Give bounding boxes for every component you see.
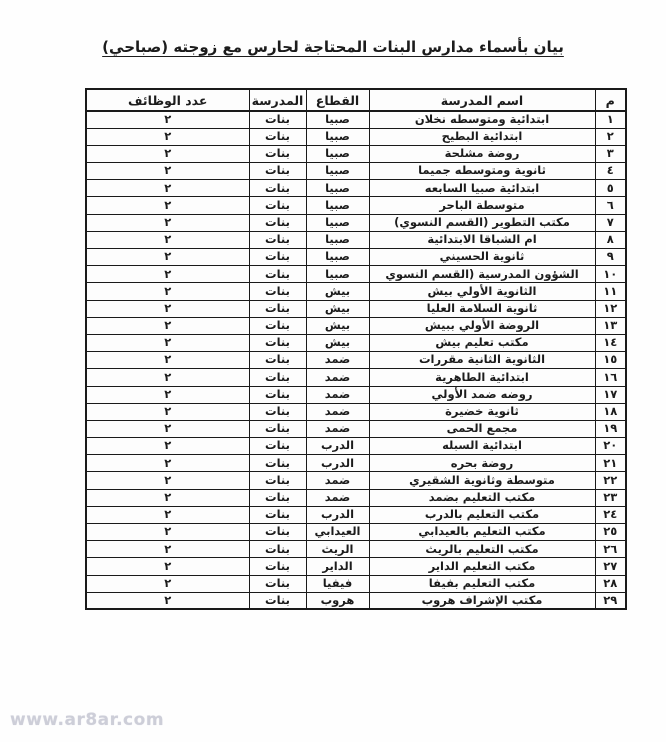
table-row: ١٩مجمع الحمىضمدبنات٢: [86, 420, 626, 437]
school-type-cell: بنات: [249, 197, 306, 214]
school-type-cell: بنات: [249, 283, 306, 300]
school-type-cell: بنات: [249, 214, 306, 231]
jobs-count-cell: ٢: [86, 506, 249, 523]
school-type-cell: بنات: [249, 266, 306, 283]
sector-cell: فيفيا: [306, 575, 369, 592]
sector-cell: صبيا: [306, 266, 369, 283]
school-type-cell: بنات: [249, 145, 306, 162]
table-row: ٢٣مكتب التعليم بضمدضمدبنات٢: [86, 489, 626, 506]
row-number-cell: ٢٢: [595, 472, 626, 489]
school-name-cell: ثانوية ومتوسطه جميما: [369, 163, 595, 180]
sector-cell: الدرب: [306, 506, 369, 523]
school-name-cell: مكتب التعليم بضمد: [369, 489, 595, 506]
school-type-cell: بنات: [249, 386, 306, 403]
table-header: ماسم المدرسةالقطاعالمدرسةعدد الوظائف: [86, 89, 626, 111]
sector-cell: صبيا: [306, 163, 369, 180]
jobs-count-cell: ٢: [86, 592, 249, 609]
table-row: ١٠الشؤون المدرسية (القسم النسويصبيابنات٢: [86, 266, 626, 283]
jobs-count-cell: ٢: [86, 231, 249, 248]
school-name-cell: مكتب التطوير (القسم النسوي): [369, 214, 595, 231]
jobs-count-cell: ٢: [86, 420, 249, 437]
sector-cell: صبيا: [306, 111, 369, 128]
school-type-cell: بنات: [249, 592, 306, 609]
table-row: ٢٢متوسطة وثانوية الشقيريضمدبنات٢: [86, 472, 626, 489]
schools-table-container: ماسم المدرسةالقطاعالمدرسةعدد الوظائف ١اب…: [85, 88, 627, 610]
row-number-cell: ١٣: [595, 317, 626, 334]
jobs-count-cell: ٢: [86, 472, 249, 489]
table-row: ٢٧مكتب التعليم الدايرالدايربنات٢: [86, 558, 626, 575]
jobs-count-cell: ٢: [86, 111, 249, 128]
jobs-count-cell: ٢: [86, 541, 249, 558]
sector-cell: صبيا: [306, 197, 369, 214]
table-row: ٢٤مكتب التعليم بالدربالدرببنات٢: [86, 506, 626, 523]
school-type-cell: بنات: [249, 541, 306, 558]
school-type-cell: بنات: [249, 575, 306, 592]
sector-cell: ضمد: [306, 420, 369, 437]
sector-cell: ضمد: [306, 386, 369, 403]
school-name-cell: مكتب الإشراف هروب: [369, 592, 595, 609]
row-number-cell: ٢٩: [595, 592, 626, 609]
row-number-cell: ٤: [595, 163, 626, 180]
school-name-cell: روضة مشلحة: [369, 145, 595, 162]
school-name-cell: مكتب التعليم بالريث: [369, 541, 595, 558]
column-header-school-type: المدرسة: [249, 89, 306, 111]
sector-cell: صبيا: [306, 214, 369, 231]
row-number-cell: ٩: [595, 249, 626, 266]
school-type-cell: بنات: [249, 524, 306, 541]
jobs-count-cell: ٢: [86, 197, 249, 214]
school-name-cell: مكتب التعليم بفيفا: [369, 575, 595, 592]
table-row: ١٥الثانوية الثانية مقرراتضمدبنات٢: [86, 352, 626, 369]
sector-cell: الريث: [306, 541, 369, 558]
jobs-count-cell: ٢: [86, 300, 249, 317]
school-type-cell: بنات: [249, 352, 306, 369]
table-row: ٢٥مكتب التعليم بالعيدابيالعيدابيبنات٢: [86, 524, 626, 541]
row-number-cell: ١٢: [595, 300, 626, 317]
school-type-cell: بنات: [249, 180, 306, 197]
school-name-cell: ام الشباقا الابتدائية: [369, 231, 595, 248]
school-type-cell: بنات: [249, 558, 306, 575]
table-row: ١١الثانوية الأولي بيشبيشبنات٢: [86, 283, 626, 300]
school-name-cell: ابتدائية السبله: [369, 438, 595, 455]
row-number-cell: ٦: [595, 197, 626, 214]
school-type-cell: بنات: [249, 231, 306, 248]
table-row: ٩ثانوية الحسينيصبيابنات٢: [86, 249, 626, 266]
jobs-count-cell: ٢: [86, 145, 249, 162]
row-number-cell: ٢٠: [595, 438, 626, 455]
row-number-cell: ١٨: [595, 403, 626, 420]
table-row: ٢٠ابتدائية السبلهالدرببنات٢: [86, 438, 626, 455]
table-row: ٨ام الشباقا الابتدائيةصبيابنات٢: [86, 231, 626, 248]
table-row: ٢١روضة بحرهالدرببنات٢: [86, 455, 626, 472]
row-number-cell: ٢٥: [595, 524, 626, 541]
school-name-cell: متوسطة وثانوية الشقيري: [369, 472, 595, 489]
jobs-count-cell: ٢: [86, 266, 249, 283]
school-name-cell: ثانوية الحسيني: [369, 249, 595, 266]
row-number-cell: ١: [595, 111, 626, 128]
row-number-cell: ١٦: [595, 369, 626, 386]
school-name-cell: مكتب التعليم الداير: [369, 558, 595, 575]
jobs-count-cell: ٢: [86, 163, 249, 180]
row-number-cell: ٨: [595, 231, 626, 248]
sector-cell: ضمد: [306, 369, 369, 386]
jobs-count-cell: ٢: [86, 317, 249, 334]
school-type-cell: بنات: [249, 369, 306, 386]
column-header-jobs-count: عدد الوظائف: [86, 89, 249, 111]
school-type-cell: بنات: [249, 489, 306, 506]
sector-cell: صبيا: [306, 145, 369, 162]
school-name-cell: مكتب التعليم بالعيدابي: [369, 524, 595, 541]
sector-cell: ضمد: [306, 472, 369, 489]
column-header-row-number: م: [595, 89, 626, 111]
school-type-cell: بنات: [249, 317, 306, 334]
table-row: ٣روضة مشلحةصبيابنات٢: [86, 145, 626, 162]
sector-cell: الداير: [306, 558, 369, 575]
page-title: بيان بأسماء مدارس البنات المحتاجة لحارس …: [0, 38, 666, 56]
school-type-cell: بنات: [249, 163, 306, 180]
jobs-count-cell: ٢: [86, 489, 249, 506]
jobs-count-cell: ٢: [86, 455, 249, 472]
table-row: ٢٦مكتب التعليم بالريثالريثبنات٢: [86, 541, 626, 558]
sector-cell: صبيا: [306, 180, 369, 197]
sector-cell: ضمد: [306, 352, 369, 369]
sector-cell: بيش: [306, 334, 369, 351]
school-type-cell: بنات: [249, 455, 306, 472]
table-row: ٢ابتدائية البطيحصبيابنات٢: [86, 128, 626, 145]
jobs-count-cell: ٢: [86, 403, 249, 420]
school-name-cell: ثانوية خضيرة: [369, 403, 595, 420]
sector-cell: بيش: [306, 300, 369, 317]
row-number-cell: ٧: [595, 214, 626, 231]
sector-cell: صبيا: [306, 231, 369, 248]
jobs-count-cell: ٢: [86, 386, 249, 403]
table-row: ١٢ثانوية السلامة العليابيشبنات٢: [86, 300, 626, 317]
school-name-cell: مجمع الحمى: [369, 420, 595, 437]
row-number-cell: ٥: [595, 180, 626, 197]
row-number-cell: ١٧: [595, 386, 626, 403]
school-type-cell: بنات: [249, 506, 306, 523]
school-type-cell: بنات: [249, 403, 306, 420]
sector-cell: بيش: [306, 317, 369, 334]
column-header-school-name: اسم المدرسة: [369, 89, 595, 111]
jobs-count-cell: ٢: [86, 438, 249, 455]
sector-cell: الدرب: [306, 438, 369, 455]
row-number-cell: ٣: [595, 145, 626, 162]
table-row: ٧مكتب التطوير (القسم النسوي)صبيابنات٢: [86, 214, 626, 231]
school-name-cell: متوسطة الباحر: [369, 197, 595, 214]
jobs-count-cell: ٢: [86, 180, 249, 197]
row-number-cell: ١٠: [595, 266, 626, 283]
school-name-cell: الشؤون المدرسية (القسم النسوي: [369, 266, 595, 283]
school-name-cell: الثانوية الثانية مقررات: [369, 352, 595, 369]
school-type-cell: بنات: [249, 438, 306, 455]
school-name-cell: الثانوية الأولي بيش: [369, 283, 595, 300]
sector-cell: ضمد: [306, 489, 369, 506]
school-type-cell: بنات: [249, 472, 306, 489]
row-number-cell: ٢٤: [595, 506, 626, 523]
site-watermark: www.ar8ar.com: [10, 710, 164, 730]
table-row: ١٧روضه ضمد الأوليضمدبنات٢: [86, 386, 626, 403]
sector-cell: صبيا: [306, 128, 369, 145]
table-row: ١٦ابتدائية الطاهريةضمدبنات٢: [86, 369, 626, 386]
school-name-cell: ثانوية السلامة العليا: [369, 300, 595, 317]
jobs-count-cell: ٢: [86, 575, 249, 592]
row-number-cell: ١٤: [595, 334, 626, 351]
row-number-cell: ١٥: [595, 352, 626, 369]
school-name-cell: مكتب تعليم بيش: [369, 334, 595, 351]
row-number-cell: ٢٣: [595, 489, 626, 506]
sector-cell: الدرب: [306, 455, 369, 472]
jobs-count-cell: ٢: [86, 249, 249, 266]
sector-cell: بيش: [306, 283, 369, 300]
table-row: ١٨ثانوية خضيرةضمدبنات٢: [86, 403, 626, 420]
table-row: ١٣الروضة الأولي ببيشبيشبنات٢: [86, 317, 626, 334]
row-number-cell: ٢٧: [595, 558, 626, 575]
jobs-count-cell: ٢: [86, 214, 249, 231]
table-row: ٥ابتدائية صبيا السابعهصبيابنات٢: [86, 180, 626, 197]
row-number-cell: ٢١: [595, 455, 626, 472]
document-page: بيان بأسماء مدارس البنات المحتاجة لحارس …: [0, 0, 666, 742]
school-type-cell: بنات: [249, 300, 306, 317]
schools-table: ماسم المدرسةالقطاعالمدرسةعدد الوظائف ١اب…: [85, 88, 627, 610]
school-name-cell: روضه ضمد الأولي: [369, 386, 595, 403]
jobs-count-cell: ٢: [86, 334, 249, 351]
school-name-cell: ابتدائية البطيح: [369, 128, 595, 145]
school-type-cell: بنات: [249, 249, 306, 266]
table-body: ١ابتدائية ومتوسطه نخلانصبيابنات٢٢ابتدائي…: [86, 111, 626, 609]
sector-cell: صبيا: [306, 249, 369, 266]
school-name-cell: ابتدائية ومتوسطه نخلان: [369, 111, 595, 128]
jobs-count-cell: ٢: [86, 352, 249, 369]
table-row: ٢٩مكتب الإشراف هروبهروببنات٢: [86, 592, 626, 609]
school-name-cell: ابتدائية صبيا السابعه: [369, 180, 595, 197]
row-number-cell: ٢٦: [595, 541, 626, 558]
jobs-count-cell: ٢: [86, 283, 249, 300]
school-type-cell: بنات: [249, 420, 306, 437]
table-row: ٦متوسطة الباحرصبيابنات٢: [86, 197, 626, 214]
jobs-count-cell: ٢: [86, 558, 249, 575]
sector-cell: العيدابي: [306, 524, 369, 541]
school-type-cell: بنات: [249, 111, 306, 128]
jobs-count-cell: ٢: [86, 369, 249, 386]
school-type-cell: بنات: [249, 128, 306, 145]
school-name-cell: مكتب التعليم بالدرب: [369, 506, 595, 523]
sector-cell: هروب: [306, 592, 369, 609]
jobs-count-cell: ٢: [86, 524, 249, 541]
table-row: ١٤مكتب تعليم بيشبيشبنات٢: [86, 334, 626, 351]
school-name-cell: الروضة الأولي ببيش: [369, 317, 595, 334]
row-number-cell: ٢٨: [595, 575, 626, 592]
school-name-cell: روضة بحره: [369, 455, 595, 472]
header-row: ماسم المدرسةالقطاعالمدرسةعدد الوظائف: [86, 89, 626, 111]
sector-cell: ضمد: [306, 403, 369, 420]
row-number-cell: ١٩: [595, 420, 626, 437]
table-row: ١ابتدائية ومتوسطه نخلانصبيابنات٢: [86, 111, 626, 128]
column-header-sector: القطاع: [306, 89, 369, 111]
row-number-cell: ١١: [595, 283, 626, 300]
jobs-count-cell: ٢: [86, 128, 249, 145]
table-row: ٢٨مكتب التعليم بفيفافيفيابنات٢: [86, 575, 626, 592]
row-number-cell: ٢: [595, 128, 626, 145]
school-type-cell: بنات: [249, 334, 306, 351]
table-row: ٤ثانوية ومتوسطه جميماصبيابنات٢: [86, 163, 626, 180]
school-name-cell: ابتدائية الطاهرية: [369, 369, 595, 386]
